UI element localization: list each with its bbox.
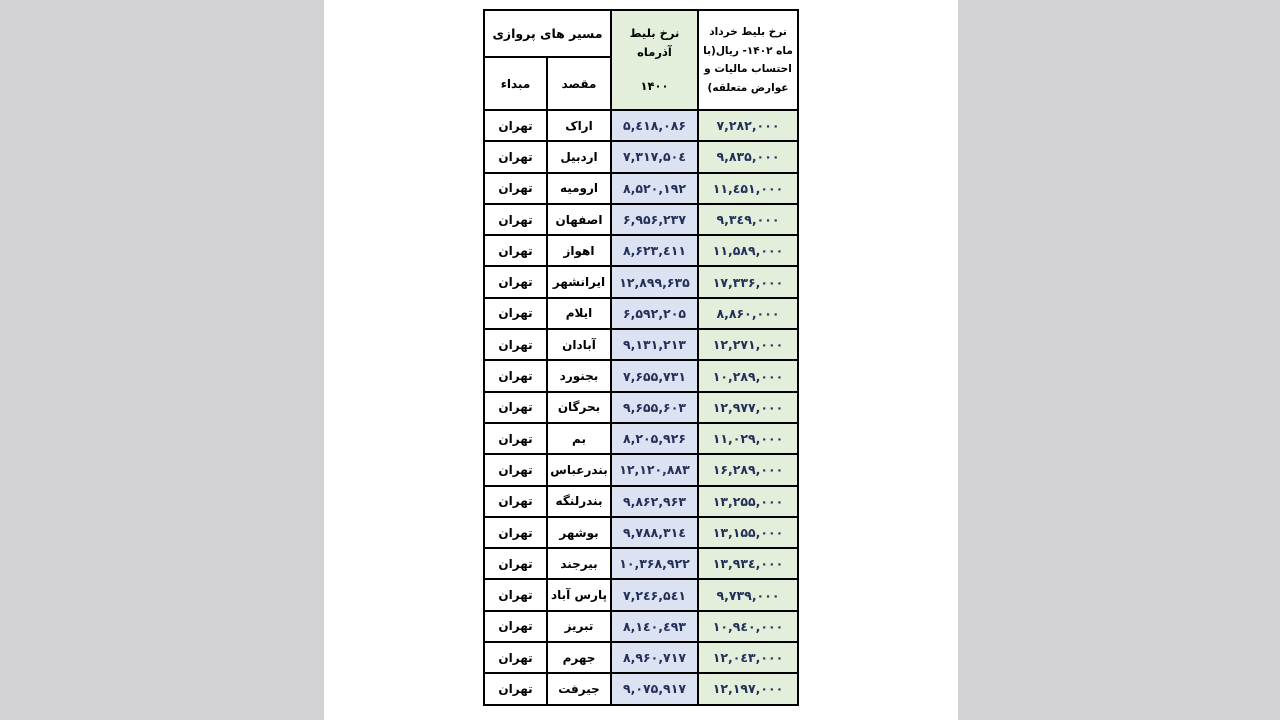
header-row-top: مسیر های پروازی نرخ بلیط آذرماه ۱۴۰۰ نرخ… [484, 10, 798, 57]
table-row: تهرانبوشهر۹,۷۸۸,۳۱٤۱۳,۱۵۵,۰۰۰ [484, 517, 798, 548]
price-1400-cell: ۱۲,۱۲۰,۸۸۳ [611, 454, 698, 485]
price-1400-cell: ۹,۷۸۸,۳۱٤ [611, 517, 698, 548]
destination-cell: اردبیل [547, 141, 611, 172]
destination-cell: ایلام [547, 298, 611, 329]
table-row: تهرانپارس آباد۷,۲٤۶,۵٤۱۹,۷۳۹,۰۰۰ [484, 579, 798, 610]
price-1402-cell: ۹,۳٤۹,۰۰۰ [698, 204, 798, 235]
origin-cell: تهران [484, 454, 547, 485]
price-1402-cell: ۱۱,۰۲۹,۰۰۰ [698, 423, 798, 454]
destination-cell: آبادان [547, 329, 611, 360]
price-1402-cell: ۱۲,۱۹۷,۰۰۰ [698, 673, 798, 704]
price-1402-cell: ۱۲,۲۷۱,۰۰۰ [698, 329, 798, 360]
origin-cell: تهران [484, 110, 547, 141]
price-1402-cell: ۱۷,۳۳۶,۰۰۰ [698, 266, 798, 297]
price-1400-cell: ۸,۶۲۳,٤۱۱ [611, 235, 698, 266]
origin-cell: تهران [484, 329, 547, 360]
origin-cell: تهران [484, 173, 547, 204]
origin-cell: تهران [484, 298, 547, 329]
destination-cell: ارومیه [547, 173, 611, 204]
destination-cell: بندرعباس [547, 454, 611, 485]
origin-cell: تهران [484, 548, 547, 579]
routes-header: مسیر های پروازی [484, 10, 611, 57]
destination-header: مقصد [547, 57, 611, 110]
destination-cell: اصفهان [547, 204, 611, 235]
price-1400-cell: ۹,۸۶۲,۹۶۳ [611, 486, 698, 517]
origin-cell: تهران [484, 611, 547, 642]
table-row: تهرانبندرلنگه۹,۸۶۲,۹۶۳۱۳,۲۵۵,۰۰۰ [484, 486, 798, 517]
table-row: تهرانبم۸,۲۰۵,۹۲۶۱۱,۰۲۹,۰۰۰ [484, 423, 798, 454]
origin-cell: تهران [484, 266, 547, 297]
table-row: تهراناهواز۸,۶۲۳,٤۱۱۱۱,۵۸۹,۰۰۰ [484, 235, 798, 266]
table-row: تهرانآبادان۹,۱۳۱,۲۱۳۱۲,۲۷۱,۰۰۰ [484, 329, 798, 360]
price-1402-cell: ۱۰,۲۸۹,۰۰۰ [698, 360, 798, 391]
destination-cell: جهرم [547, 642, 611, 673]
price-1402-cell: ۱۶,۲۸۹,۰۰۰ [698, 454, 798, 485]
price-1400-cell: ۸,۵۲۰,۱۹۲ [611, 173, 698, 204]
price-1402-cell: ۱۱,٤۵۱,۰۰۰ [698, 173, 798, 204]
destination-cell: بم [547, 423, 611, 454]
document-page: مسیر های پروازی نرخ بلیط آذرماه ۱۴۰۰ نرخ… [324, 0, 958, 720]
origin-cell: تهران [484, 423, 547, 454]
price-1400-cell: ۸,۱٤۰,٤۹۳ [611, 611, 698, 642]
origin-cell: تهران [484, 141, 547, 172]
price-1400-header-label: نرخ بلیط آذرماه [612, 24, 697, 62]
price-1402-cell: ۱۳,۲۵۵,۰۰۰ [698, 486, 798, 517]
screenshot-root: { "page": { "background_color": "#d2d2d6… [0, 0, 1280, 720]
origin-cell: تهران [484, 235, 547, 266]
destination-cell: اراک [547, 110, 611, 141]
origin-cell: تهران [484, 486, 547, 517]
origin-cell: تهران [484, 642, 547, 673]
destination-cell: بندرلنگه [547, 486, 611, 517]
price-1400-cell: ۱۰,۳۶۸,۹۲۲ [611, 548, 698, 579]
price-1400-cell: ۶,۹۵۶,۲۳۷ [611, 204, 698, 235]
table-body: تهراناراک۵,٤۱۸,۰۸۶۷,۲۸۲,۰۰۰تهراناردبیل۷,… [484, 110, 798, 705]
table-row: تهراناراک۵,٤۱۸,۰۸۶۷,۲۸۲,۰۰۰ [484, 110, 798, 141]
price-1402-cell: ۸,۸۶۰,۰۰۰ [698, 298, 798, 329]
table-row: تهرانجهرم۸,۹۶۰,۷۱۷۱۲,۰٤۳,۰۰۰ [484, 642, 798, 673]
table-row: تهرانبحرگان۹,۶۵۵,۶۰۳۱۲,۹۷۷,۰۰۰ [484, 392, 798, 423]
origin-cell: تهران [484, 673, 547, 704]
price-1400-cell: ۹,۰۷۵,۹۱۷ [611, 673, 698, 704]
price-1400-cell: ۷,۶۵۵,۷۳۱ [611, 360, 698, 391]
price-1402-header: نرخ بلیط خرداد ماه ۱۴۰۲- ریال(با احتساب … [698, 10, 798, 110]
table-row: تهرانارومیه۸,۵۲۰,۱۹۲۱۱,٤۵۱,۰۰۰ [484, 173, 798, 204]
destination-cell: جیرفت [547, 673, 611, 704]
destination-cell: ایرانشهر [547, 266, 611, 297]
destination-cell: بحرگان [547, 392, 611, 423]
table-row: تهرانایرانشهر۱۲,۸۹۹,۶۳۵۱۷,۳۳۶,۰۰۰ [484, 266, 798, 297]
price-1400-cell: ۹,۶۵۵,۶۰۳ [611, 392, 698, 423]
price-1400-cell: ۸,۹۶۰,۷۱۷ [611, 642, 698, 673]
origin-cell: تهران [484, 204, 547, 235]
price-1400-cell: ۷,۳۱۷,۵۰٤ [611, 141, 698, 172]
price-1402-cell: ۱۳,۹۳٤,۰۰۰ [698, 548, 798, 579]
price-1400-cell: ۱۲,۸۹۹,۶۳۵ [611, 266, 698, 297]
table-row: تهرانبندرعباس۱۲,۱۲۰,۸۸۳۱۶,۲۸۹,۰۰۰ [484, 454, 798, 485]
price-1402-cell: ۱۰,۹٤۰,۰۰۰ [698, 611, 798, 642]
table-row: تهراناردبیل۷,۳۱۷,۵۰٤۹,۸۳۵,۰۰۰ [484, 141, 798, 172]
destination-cell: پارس آباد [547, 579, 611, 610]
price-1402-cell: ۱۱,۵۸۹,۰۰۰ [698, 235, 798, 266]
table-row: تهراناصفهان۶,۹۵۶,۲۳۷۹,۳٤۹,۰۰۰ [484, 204, 798, 235]
price-1400-header-year: ۱۴۰۰ [612, 77, 697, 96]
price-1402-cell: ۱۲,۰٤۳,۰۰۰ [698, 642, 798, 673]
destination-cell: تبریز [547, 611, 611, 642]
table-header: مسیر های پروازی نرخ بلیط آذرماه ۱۴۰۰ نرخ… [484, 10, 798, 110]
flight-fare-table: مسیر های پروازی نرخ بلیط آذرماه ۱۴۰۰ نرخ… [483, 9, 799, 706]
destination-cell: اهواز [547, 235, 611, 266]
price-1402-cell: ۹,۷۳۹,۰۰۰ [698, 579, 798, 610]
origin-cell: تهران [484, 392, 547, 423]
table-row: تهرانبیرجند۱۰,۳۶۸,۹۲۲۱۳,۹۳٤,۰۰۰ [484, 548, 798, 579]
price-1402-cell: ۹,۸۳۵,۰۰۰ [698, 141, 798, 172]
price-1400-cell: ۵,٤۱۸,۰۸۶ [611, 110, 698, 141]
origin-cell: تهران [484, 360, 547, 391]
price-1402-cell: ۱۳,۱۵۵,۰۰۰ [698, 517, 798, 548]
table-row: تهرانبجنورد۷,۶۵۵,۷۳۱۱۰,۲۸۹,۰۰۰ [484, 360, 798, 391]
table-row: تهرانتبریز۸,۱٤۰,٤۹۳۱۰,۹٤۰,۰۰۰ [484, 611, 798, 642]
destination-cell: بوشهر [547, 517, 611, 548]
price-1402-cell: ۱۲,۹۷۷,۰۰۰ [698, 392, 798, 423]
price-1400-cell: ۹,۱۳۱,۲۱۳ [611, 329, 698, 360]
price-1400-header: نرخ بلیط آذرماه ۱۴۰۰ [611, 10, 698, 110]
price-1400-cell: ۶,۵۹۲,۲۰۵ [611, 298, 698, 329]
price-1402-cell: ۷,۲۸۲,۰۰۰ [698, 110, 798, 141]
origin-header: مبداء [484, 57, 547, 110]
table-row: تهرانایلام۶,۵۹۲,۲۰۵۸,۸۶۰,۰۰۰ [484, 298, 798, 329]
table-row: تهرانجیرفت۹,۰۷۵,۹۱۷۱۲,۱۹۷,۰۰۰ [484, 673, 798, 704]
price-1400-cell: ۸,۲۰۵,۹۲۶ [611, 423, 698, 454]
destination-cell: بجنورد [547, 360, 611, 391]
destination-cell: بیرجند [547, 548, 611, 579]
price-1400-cell: ۷,۲٤۶,۵٤۱ [611, 579, 698, 610]
origin-cell: تهران [484, 579, 547, 610]
origin-cell: تهران [484, 517, 547, 548]
